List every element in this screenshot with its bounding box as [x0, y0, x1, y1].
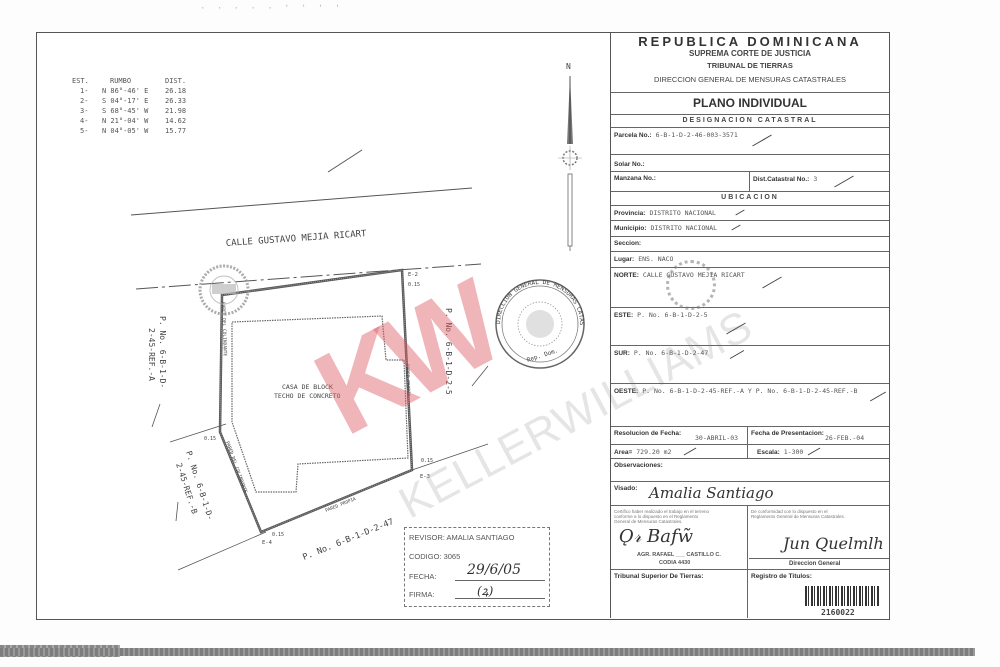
table-row: 1-N 86°-46' E26.18	[72, 86, 201, 96]
surveyor-signature: Ǫ𝓇 Bafw̃	[619, 526, 693, 547]
scan-artifact-band	[0, 648, 975, 656]
conformity-text: De conformidad con lo dispuesto en el Re…	[751, 509, 851, 519]
barcode-number: 2160022	[821, 608, 855, 617]
certification-text: Certifico haber realizado el trabajo en …	[614, 509, 714, 524]
surveyor-codia: CODIA 4430	[659, 560, 690, 566]
plan-title: PLANO INDIVIDUAL	[611, 93, 889, 113]
wall-colindante-label-2: PARED DEL COLINDANTE	[224, 441, 248, 494]
court-title: SUPREMA CORTE DE JUSTICIA	[611, 49, 889, 58]
oeste-field: OESTE:P. No. 6-B-1-D-2-45-REF.-A Y P. No…	[611, 384, 889, 427]
norte-field: NORTE:CALLE GUSTAVO MEJIA RICART	[611, 268, 889, 308]
svg-text:N: N	[566, 62, 571, 71]
solar-field: Solar No.:	[611, 155, 889, 172]
south-parcel-label: P. No. 6-B-1-D-2-47	[301, 517, 395, 563]
este-field: ESTE:P. No. 6-B-1-D-2-5	[611, 308, 889, 346]
west-parcel-b-label: P. No. 6-B-1-D- 2-45-REF.-B	[174, 450, 215, 521]
municipal-seal-icon	[666, 260, 716, 310]
ubicacion-header: UBICACION	[611, 192, 889, 204]
barcode-icon	[805, 586, 879, 606]
svg-text:2-45-REF.-A: 2-45-REF.-A	[147, 328, 156, 381]
street-label: CALLE GUSTAVO MEJIA RICART	[226, 229, 368, 249]
revisor-signature-label: FIRMA:	[409, 590, 434, 599]
north-arrow-icon: N	[558, 62, 582, 251]
provincia-field: Provincia:DISTRITO NACIONAL	[611, 206, 889, 221]
revisor-date-value: 29/6/05	[467, 562, 521, 578]
sur-field: SUR:P. No. 6-B-1-D-2-47	[611, 346, 889, 384]
offset-w: 0.15	[204, 436, 216, 442]
svg-text:Rep. Dom.: Rep. Dom.	[526, 347, 559, 364]
signatures-block: Certifico haber realizado el trabajo en …	[611, 506, 889, 570]
tribunal-title: TRIBUNAL DE TIERRAS	[611, 61, 889, 70]
table-row: 5-N 04°-05' W15.77	[72, 126, 201, 136]
table-row: 3-S 68°-45' W21.98	[72, 106, 201, 116]
table-header: EST. RUMBO DIST.	[72, 76, 201, 86]
table-row: 4-N 21°-04' W14.62	[72, 116, 201, 126]
station-e4: E-4	[262, 540, 273, 546]
visado-field: Visado: Amalia Santiago	[611, 482, 889, 506]
table-row: 2-S 04°-17' E26.33	[72, 96, 201, 106]
direccion-general-label: Direccion General	[789, 561, 840, 567]
area-field: Area=729.20 m2 Escala:1-300	[611, 445, 889, 459]
title-block: REPUBLICA DOMINICANA SUPREMA CORTE DE JU…	[610, 32, 889, 618]
west-parcel-a-label: P. No. 6-B-1-D- 2-45-REF.-A	[147, 316, 167, 388]
director-signature: Jun Quelmlh	[783, 534, 884, 553]
scan-artifact-text: · · · · · ' ' ' '	[200, 4, 343, 14]
designacion-header: DESIGNACION CATASTRAL	[611, 115, 889, 127]
revisor-date-label: FECHA:	[409, 572, 437, 581]
registry-block: Tribunal Superior De Tierras: Registro d…	[611, 570, 889, 618]
municipio-field: Municipio:DISTRITO NACIONAL	[611, 221, 889, 237]
country-title: REPUBLICA DOMINICANA	[611, 34, 889, 49]
revisor-name: REVISOR: AMALIA SANTIAGO	[409, 533, 514, 542]
resolucion-field: Resolucion de Fecha: 30-ABRIL-03 Fecha d…	[611, 427, 889, 445]
revisor-initials: (ꝝ)	[477, 582, 493, 599]
revisor-stamp: REVISOR: AMALIA SANTIAGO CODIGO: 3065 FE…	[404, 527, 550, 607]
header-block: REPUBLICA DOMINICANA SUPREMA CORTE DE JU…	[611, 32, 889, 93]
parcela-field: Parcela No.:6-B-1-D-2-46-003-3571	[611, 128, 889, 155]
manzana-field: Manzana No.: Dist.Catastral No.:3	[611, 172, 889, 192]
lugar-field: Lugar:ENS. NACO	[611, 252, 889, 268]
svg-text:P. No. 6-B-1-D-: P. No. 6-B-1-D-	[158, 316, 167, 388]
surveyor-name: AGR. RAFAEL ___ CASTILLO C.	[637, 552, 721, 558]
survey-bearings-table: EST. RUMBO DIST. 1-N 86°-46' E26.18 2-S …	[72, 76, 201, 136]
seccion-field: Seccion:	[611, 237, 889, 252]
visado-signature: Amalia Santiago	[649, 484, 774, 502]
observaciones-field: Observaciones:	[611, 459, 889, 482]
direction-title: DIRECCION GENERAL DE MENSURAS CATASTRALE…	[611, 75, 889, 84]
offset-e4: 0.15	[272, 532, 284, 538]
revisor-code: CODIGO: 3065	[409, 552, 460, 561]
